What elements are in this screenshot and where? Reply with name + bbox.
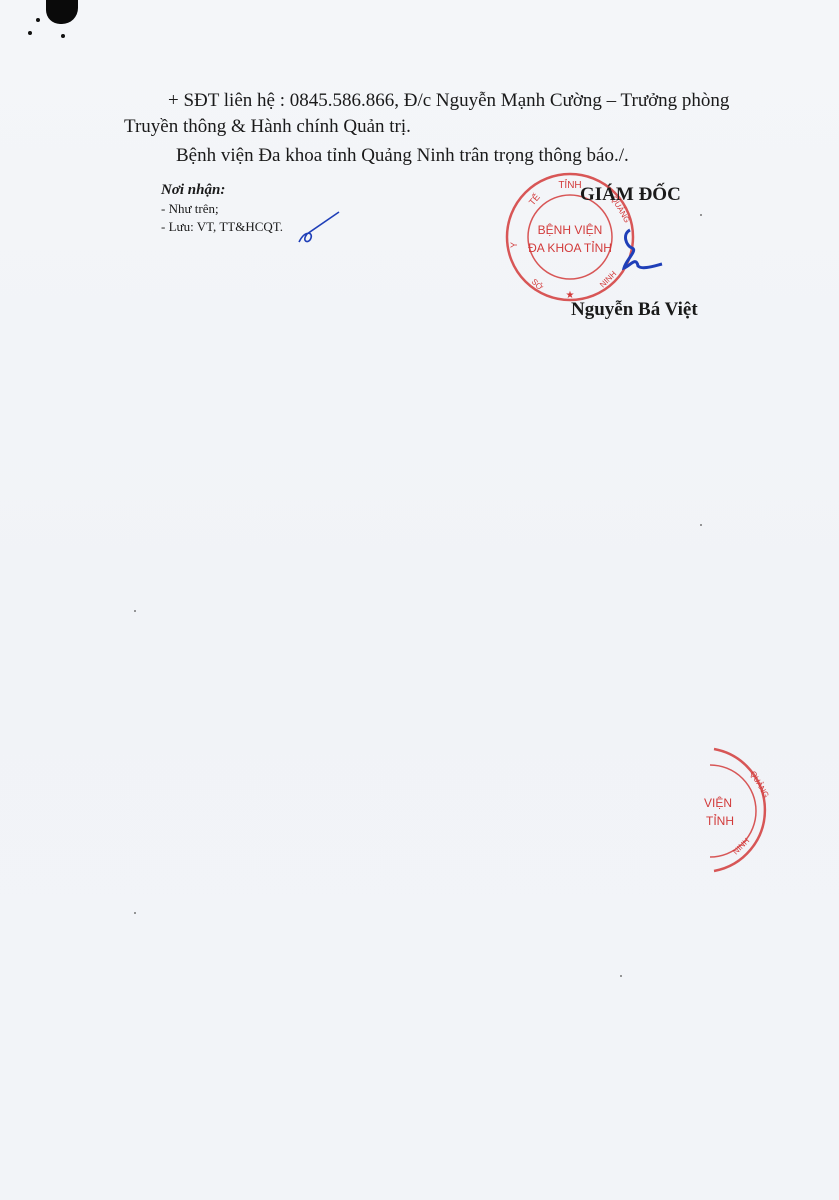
svg-text:SỞ: SỞ: [530, 277, 545, 292]
contact-line-cont: Truyền thông & Hành chính Quản trị.: [124, 116, 411, 138]
initials-signature-icon: [295, 208, 345, 248]
svg-text:TỈNH: TỈNH: [558, 178, 581, 191]
svg-text:QUẢNG: QUẢNG: [748, 770, 770, 800]
svg-text:Y: Y: [509, 242, 519, 248]
contact-line: + SĐT liên hệ : 0845.586.866, Đ/c Nguyễn…: [168, 90, 729, 112]
recipient-item: - Như trên;: [161, 200, 283, 218]
closing-line: Bệnh viện Đa khoa tỉnh Quảng Ninh trân t…: [176, 145, 629, 167]
recipients-title: Nơi nhận:: [161, 181, 283, 200]
signature-title: GIÁM ĐỐC: [580, 184, 681, 206]
svg-text:TẾ: TẾ: [527, 192, 542, 207]
scan-dot: [61, 34, 65, 38]
svg-text:BỆNH VIỆN: BỆNH VIỆN: [538, 222, 603, 237]
edge-stamp-icon: QUẢNG NINH VIỆN TỈNH: [680, 745, 780, 875]
document-page: + SĐT liên hệ : 0845.586.866, Đ/c Nguyễn…: [0, 0, 839, 1200]
svg-text:ĐA KHOA TỈNH: ĐA KHOA TỈNH: [528, 240, 612, 255]
signature-icon: [620, 226, 665, 276]
recipient-item: - Lưu: VT, TT&HCQT.: [161, 218, 283, 236]
signer-name: Nguyễn Bá Việt: [571, 299, 698, 321]
recipients-block: Nơi nhận: - Như trên; - Lưu: VT, TT&HCQT…: [161, 181, 283, 236]
svg-text:TỈNH: TỈNH: [706, 813, 734, 828]
ink-blot: [46, 0, 78, 24]
svg-text:VIỆN: VIỆN: [704, 795, 732, 810]
scan-dot: [36, 18, 40, 22]
scan-dot: [28, 31, 32, 35]
